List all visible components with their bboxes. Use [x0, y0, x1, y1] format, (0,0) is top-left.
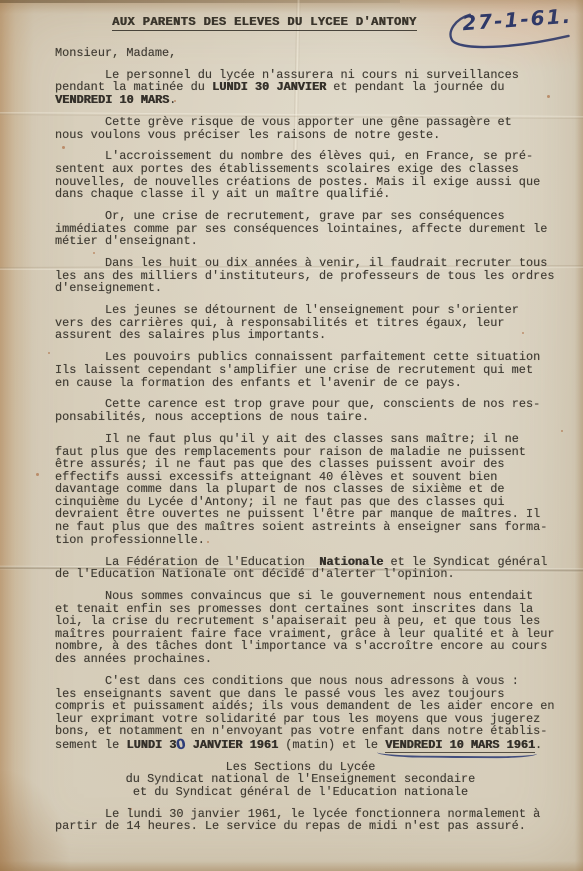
paper-stain-left-edge [0, 0, 34, 871]
text-line: compris et puissament aidés; ils vous de… [55, 700, 560, 713]
handwritten-zero: 0 [175, 738, 186, 752]
text-segment: (matin) et le [278, 738, 385, 752]
text-line: en cause la formation des enfants et l'a… [55, 377, 560, 390]
paragraph: Les jeunes se détournent de l'enseigneme… [55, 304, 560, 342]
text-line: ne faut plus que des maîtres soient astr… [55, 521, 560, 534]
text-segment: sement le [55, 738, 126, 752]
text-line: Monsieur, Madame, [55, 47, 560, 60]
document-body: Monsieur, Madame,Le personnel du lycée n… [55, 47, 560, 842]
emphasized-text: LUNDI 3 [126, 738, 176, 752]
text-line: VENDREDI 10 MARS. [55, 94, 560, 107]
text-segment: . [169, 93, 176, 107]
text-line: nous voulons vous préciser les raisons d… [55, 129, 560, 142]
text-line: tion professionnelle. [55, 534, 560, 547]
text-line: Cette grève risque de vous apporter une … [55, 116, 560, 129]
underlined-strike-date: VENDREDI 10 MARS 1961 [385, 738, 535, 753]
text-line: être assurés; il ne faut pas que des cla… [55, 458, 560, 471]
text-line: Or, une crise de recrutement, grave par … [55, 210, 560, 223]
text-segment: . [535, 738, 542, 752]
foxing-speck [561, 430, 563, 432]
text-line: et du Syndicat général de l'Education na… [55, 786, 546, 799]
paragraph: Cette grève risque de vous apporter une … [55, 116, 560, 141]
text-line: davantage comme dans la plupart de nos c… [55, 483, 560, 496]
paragraph: Nous sommes convaincus que si le gouvern… [55, 590, 560, 666]
text-line: bons, et notamment en n'envoyant pas vot… [55, 725, 560, 738]
text-line: Dans les huit ou dix années à venir, il … [55, 257, 560, 270]
text-line: Nous sommes convaincus que si le gouvern… [55, 590, 560, 603]
text-line: loi, la crise du recrutement s'apaiserai… [55, 615, 560, 628]
paper-scan-edge [0, 0, 400, 3]
document-title: AUX PARENTS DES ELEVES DU LYCEE D'ANTONY [112, 15, 417, 31]
text-line: des années prochaines. [55, 653, 560, 666]
paragraph: Le personnel du lycée n'assurera ni cour… [55, 69, 560, 107]
text-line: ponsabilités, nous acceptions de nous ta… [55, 411, 560, 424]
paragraph: La Fédération de l'Education Nationale e… [55, 556, 560, 581]
emphasized-text: LUNDI 30 JANVIER [212, 80, 326, 94]
text-line: d'enseignement. [55, 282, 560, 295]
scanned-letter-page: AUX PARENTS DES ELEVES DU LYCEE D'ANTONY… [0, 0, 583, 871]
paragraph: Cette carence est trop grave pour que, c… [55, 398, 560, 423]
emphasized-text: VENDREDI 10 MARS [55, 93, 169, 107]
paragraph: L'accroissement du nombre des élèves qui… [55, 150, 560, 200]
foxing-speck [36, 473, 39, 476]
paper-stain-right-edge [575, 0, 583, 871]
text-line: sement le LUNDI 30 JANVIER 1961 (matin) … [55, 738, 560, 752]
paragraph: C'est dans ces conditions que nous nous … [55, 675, 560, 752]
text-line: dans chaque classe il y ait un maître qu… [55, 188, 560, 201]
paragraph: Dans les huit ou dix années à venir, il … [55, 257, 560, 295]
paragraph: Le lundi 30 janvier 1961, le lycée fonct… [55, 808, 560, 833]
text-line: Ils laissent cependant s'amplifier une c… [55, 364, 560, 377]
text-line: partir de 14 heures. Le service du repas… [55, 820, 560, 833]
paragraph: Monsieur, Madame, [55, 47, 560, 60]
signature-block: Les Sections du Lycéedu Syndicat nationa… [55, 761, 560, 799]
paragraph: Or, une crise de recrutement, grave par … [55, 210, 560, 248]
foxing-speck [48, 352, 50, 354]
paragraph: Il ne faut plus qu'il y ait des classes … [55, 433, 560, 546]
text-line: Il ne faut plus qu'il y ait des classes … [55, 433, 560, 446]
text-line: sentent aux portes des établissements sc… [55, 163, 560, 176]
text-line: assurent des salaires plus importants. [55, 329, 560, 342]
text-line: métier d'enseignant. [55, 235, 560, 248]
text-segment: et pendant la journée du [326, 80, 504, 94]
text-line: de l'Education Nationale ont décidé d'al… [55, 568, 560, 581]
emphasized-text: JANVIER 1961 [185, 738, 278, 752]
text-line: Les jeunes se détournent de l'enseigneme… [55, 304, 560, 317]
text-line: C'est dans ces conditions que nous nous … [55, 675, 560, 688]
paragraph: Les pouvoirs publics connaissent parfait… [55, 351, 560, 389]
paper-stain-bottom-edge [0, 861, 583, 871]
